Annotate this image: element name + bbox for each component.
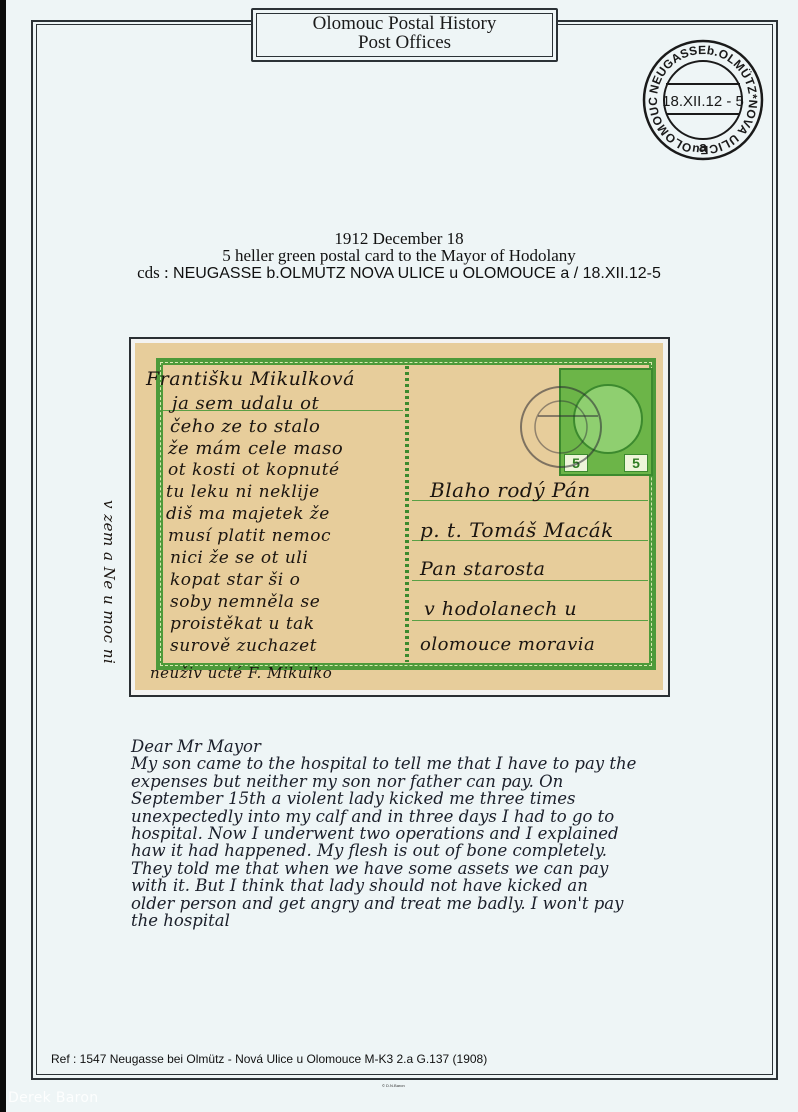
scan-edge	[0, 0, 6, 1112]
postcard-divider	[405, 366, 409, 662]
title-line-1: Olomouc Postal History	[253, 14, 556, 33]
postmark-icon: NEUGASSEb.OLMÜTZ*NOVA ULICEuOLOMOUCE 18.…	[641, 38, 765, 162]
svg-text:a: a	[699, 139, 708, 156]
watermark: Derek Baron	[8, 1090, 98, 1106]
title-box: Olomouc Postal History Post Offices	[251, 8, 558, 62]
copyright-note: © D.N.Baron	[382, 1083, 405, 1088]
svg-text:18.XII.12 - 5: 18.XII.12 - 5	[662, 93, 744, 110]
translation-text: Dear Mr Mayor My son came to the hospita…	[131, 738, 731, 929]
page-title: Olomouc Postal History Post Offices	[253, 14, 556, 52]
caption-cds: cds : NEUGASSE b.OLMUTZ NOVA ULICE u OLO…	[40, 263, 758, 283]
cancellation-illustration: NEUGASSEb.OLMÜTZ*NOVA ULICEuOLOMOUCE 18.…	[641, 38, 765, 162]
card-postmark-icon	[518, 384, 604, 470]
reference-note: Ref : 1547 Neugasse bei Olmütz - Nová Ul…	[51, 1052, 487, 1066]
title-line-2: Post Offices	[253, 33, 556, 52]
